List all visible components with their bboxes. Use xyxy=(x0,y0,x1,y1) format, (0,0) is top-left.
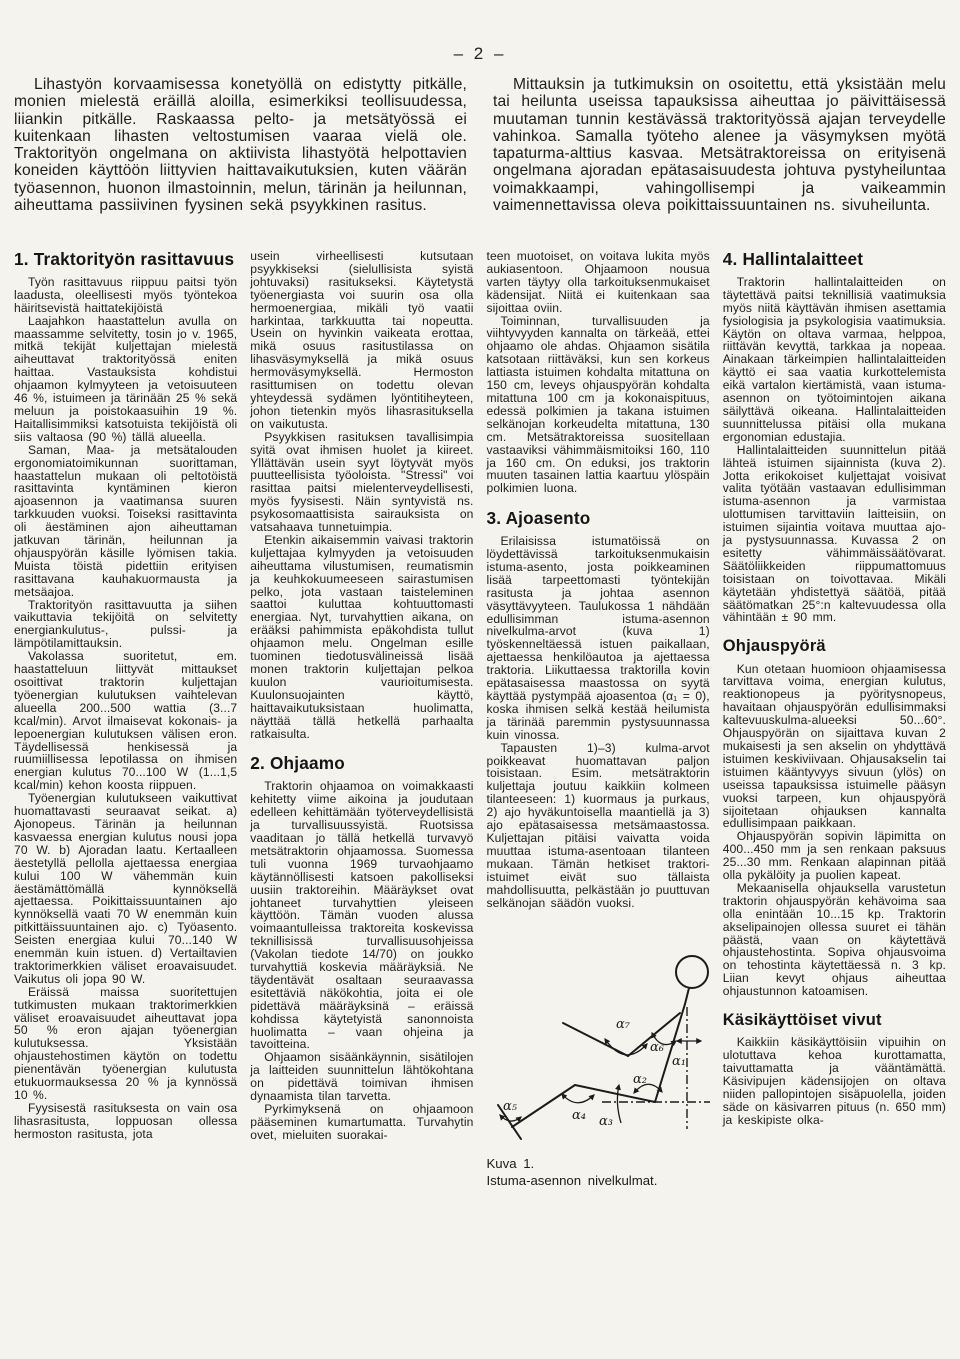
paragraph: Toiminnan, turvallisuuden ja viihtyvyyde… xyxy=(487,315,710,496)
alpha3-label: α₃ xyxy=(599,1114,613,1129)
alpha5-label: α₅ xyxy=(503,1099,518,1114)
paragraph: Laajahkon haastattelun avulla on maassam… xyxy=(14,315,237,444)
paragraph: Traktorin ohjaamoa on voimakkaasti kehit… xyxy=(250,780,473,1051)
paragraph: Erilaisissa istumatöissä on löydettäviss… xyxy=(487,535,710,742)
paragraph: usein virheellisesti kutsutaan psyykkise… xyxy=(250,250,473,431)
paragraph: Ohjaamon sisäänkäynnin, sisätilojen ja l… xyxy=(250,1051,473,1103)
seating-posture-diagram: α₁ α₂ α₃ α₄ α₅ α₆ α₇ xyxy=(487,933,713,1147)
alpha7-label: α₇ xyxy=(616,1017,631,1032)
intro-section: Lihastyön korvaamisessa konetyöllä on ed… xyxy=(14,76,946,214)
intro-right-paragraph: Mittauksin ja tutkimuksin on osoitettu, … xyxy=(493,76,946,214)
paragraph: Traktorityön rasittavuutta ja siihen vai… xyxy=(14,599,237,651)
paragraph: Eräissä maissa suoritettujen tutkimusten… xyxy=(14,986,237,1102)
alpha7-arc xyxy=(605,1039,647,1055)
four-column-body: 1. Traktorityön rasittavuus Työn rasitta… xyxy=(14,250,946,1359)
paragraph: Psyykkisen rasituksen tavallisimpia syit… xyxy=(250,431,473,534)
paragraph: Saman, Maa- ja metsätalouden ergonomiato… xyxy=(14,444,237,599)
column-4: 4. Hallintalaitteet Traktorin hallintala… xyxy=(723,250,946,1359)
page-number: – 2 – xyxy=(0,44,960,64)
paragraph: Työn rasittavuus riippuu paitsi työn laa… xyxy=(14,276,237,315)
alpha1-label: α₁ xyxy=(672,1054,686,1069)
scanned-document-page: { "page": { "number": "– 2 –" }, "intro"… xyxy=(0,0,960,1359)
section-2-heading: 2. Ohjaamo xyxy=(250,754,473,773)
paragraph: Vakolassa suoritetut, em. haastatteluun … xyxy=(14,650,237,792)
intro-left-paragraph: Lihastyön korvaamisessa konetyöllä on ed… xyxy=(14,76,467,214)
paragraph: Traktorin hallintalaitteiden on täytettä… xyxy=(723,276,946,444)
figure-thigh xyxy=(575,1085,655,1102)
alpha2-label: α₂ xyxy=(633,1072,647,1087)
paragraph: teen muotoiset, on voitava lukita myös a… xyxy=(487,250,710,315)
paragraph: Työenergian kulutukseen vaikuttivat huom… xyxy=(14,792,237,986)
paragraph: Fyysisestä rasituksesta on vain osa liha… xyxy=(14,1102,237,1141)
paragraph: Pyrkimyksenä on ohjaamoon pääseminen kum… xyxy=(250,1103,473,1142)
column-2: usein virheellisesti kutsutaan psyykkise… xyxy=(250,250,473,1359)
section-3-heading: 3. Ajoasento xyxy=(487,509,710,528)
section-4-heading: 4. Hallintalaitteet xyxy=(723,250,946,269)
paragraph: Hallintalaitteiden suunnittelun pitää lä… xyxy=(723,444,946,625)
subsection-heading-kasikayttoiset-vivut: Käsikäyttöiset vivut xyxy=(723,1011,946,1029)
subsection-heading-ohjauspyora: Ohjauspyörä xyxy=(723,637,946,655)
alpha5-arc xyxy=(500,1115,521,1121)
alpha4-arc xyxy=(562,1094,594,1103)
figure-kuva-1: α₁ α₂ α₃ α₄ α₅ α₆ α₇ Kuva 1. Istuma-asen… xyxy=(487,933,710,1189)
section-1-heading: 1. Traktorityön rasittavuus xyxy=(14,250,237,269)
paragraph: Ohjauspyörän sopivin läpimitta on 400...… xyxy=(723,830,946,882)
paragraph: Kaikkiin käsikäyttöisiin vipuihin on ulo… xyxy=(723,1036,946,1126)
figure-caption-number: Kuva 1. xyxy=(487,1155,710,1172)
column-3: teen muotoiset, on voitava lukita myös a… xyxy=(487,250,710,1359)
figure-caption-text: Istuma-asennon nivelkulmat. xyxy=(487,1172,710,1189)
figure-head xyxy=(676,956,708,988)
column-1: 1. Traktorityön rasittavuus Työn rasitta… xyxy=(14,250,237,1359)
paragraph: Tapausten 1)–3) kulma-arvot poikkeavat h… xyxy=(487,742,710,910)
paragraph: Etenkin aikaisemmin vaivasi traktorin ku… xyxy=(250,534,473,741)
figure-neck xyxy=(685,988,689,1004)
alpha6-label: α₆ xyxy=(650,1040,664,1055)
figure-lower-leg xyxy=(512,1085,575,1127)
alpha4-label: α₄ xyxy=(572,1108,586,1123)
paragraph: Mekaanisella ohjauksella varustetun trak… xyxy=(723,882,946,998)
paragraph: Kun otetaan huomioon ohjaamisessa tarvit… xyxy=(723,663,946,831)
alpha3-arrow xyxy=(617,1085,621,1123)
